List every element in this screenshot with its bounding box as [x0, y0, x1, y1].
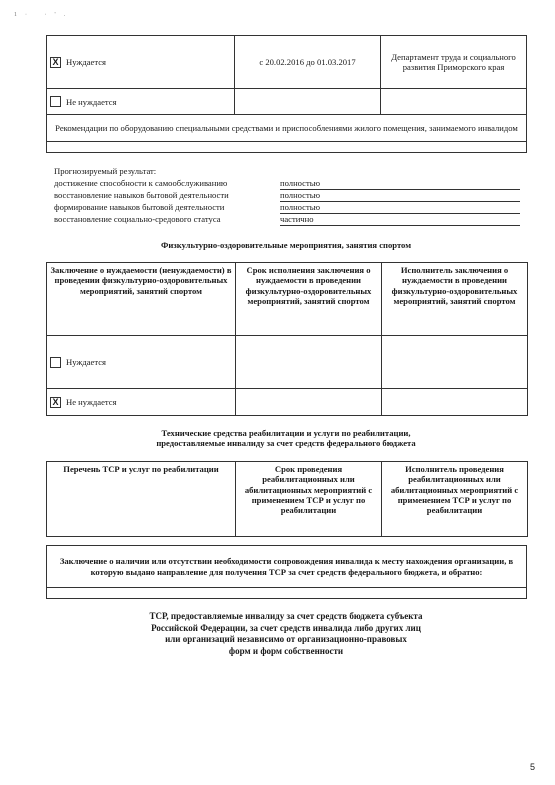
tsr-regional-title-line: форм и форм собственности	[46, 646, 526, 658]
forecast-value: полностью	[280, 190, 520, 202]
period-cell: с 20.02.2016 до 01.03.2017	[235, 36, 381, 89]
tsr-regional-title: ТСР, предоставляемые инвалиду за счет ср…	[46, 611, 526, 658]
need-option-cell: Нуждается	[47, 336, 236, 389]
table-header-row: Заключение о нуждаемости (ненуждаемости)…	[47, 263, 528, 336]
checkbox-needs[interactable]: X	[50, 57, 61, 68]
accompaniment-header: Заключение о наличии или отсутствии необ…	[47, 546, 527, 588]
accompaniment-value	[47, 588, 527, 599]
tsr-regional-title-line: ТСР, предоставляемые инвалиду за счет ср…	[46, 611, 526, 623]
tsr-federal-table: Перечень ТСР и услуг по реабилитации Сро…	[46, 461, 528, 537]
need-option-cell: XНуждается	[47, 36, 235, 89]
executor-cell	[382, 336, 528, 389]
forecast-label: достижение способности к самообслуживани…	[54, 178, 227, 188]
tsr-federal-title: Технические средства реабилитации и услу…	[46, 428, 526, 449]
sport-section-title: Физкультурно-оздоровительные мероприятия…	[46, 240, 526, 250]
forecast-value: полностью	[280, 178, 520, 190]
forecast-label: восстановление навыков бытовой деятельно…	[54, 190, 229, 200]
table-row: Не нуждается	[47, 89, 527, 115]
table-row: XНе нуждается	[47, 389, 528, 416]
housing-adaptation-table: XНуждается с 20.02.2016 до 01.03.2017 Де…	[46, 35, 527, 153]
column-header: Заключение о нуждаемости (ненуждаемости)…	[47, 263, 236, 336]
table-header-row: Перечень ТСР и услуг по реабилитации Сро…	[47, 462, 528, 537]
option-label: Нуждается	[66, 357, 106, 367]
forecast-label: формирование навыков бытовой деятельност…	[54, 202, 224, 212]
period-cell	[235, 89, 381, 115]
executor-cell: Департамент труда и социального развития…	[381, 36, 527, 89]
sport-table: Заключение о нуждаемости (ненуждаемости)…	[46, 262, 528, 416]
executor-cell	[382, 389, 528, 416]
executor-cell	[381, 89, 527, 115]
option-label: Не нуждается	[66, 97, 117, 107]
forecast-block: Прогнозируемый результат: достижение спо…	[54, 166, 524, 226]
forecast-item: формирование навыков бытовой деятельност…	[54, 202, 524, 214]
tsr-federal-title-line: Технические средства реабилитации и услу…	[46, 428, 526, 438]
checkbox-not-needs[interactable]	[50, 96, 61, 107]
table-row: Нуждается	[47, 336, 528, 389]
table-row: Заключение о наличии или отсутствии необ…	[47, 546, 527, 588]
column-header: Исполнитель проведения реабилитационных …	[382, 462, 528, 537]
forecast-title: Прогнозируемый результат:	[54, 166, 524, 178]
period-cell	[236, 389, 382, 416]
forecast-label: восстановление социально-средового стату…	[54, 214, 221, 224]
recommendation-header: Рекомендации по оборудованию специальным…	[47, 115, 527, 142]
column-header: Срок исполнения заключения о нуждаемости…	[236, 263, 382, 336]
forecast-item: достижение способности к самообслуживани…	[54, 178, 524, 190]
accompaniment-table: Заключение о наличии или отсутствии необ…	[46, 545, 527, 599]
option-label: Нуждается	[66, 57, 106, 67]
period-cell	[236, 336, 382, 389]
column-header: Исполнитель заключения о нуждаемости в п…	[382, 263, 528, 336]
tsr-regional-title-line: или организаций независимо от организаци…	[46, 634, 526, 646]
table-row	[47, 142, 527, 153]
tsr-regional-title-line: Российской Федерации, за счет средств ин…	[46, 623, 526, 635]
need-option-cell: XНе нуждается	[47, 389, 236, 416]
forecast-item: восстановление навыков бытовой деятельно…	[54, 190, 524, 202]
table-row: XНуждается с 20.02.2016 до 01.03.2017 Де…	[47, 36, 527, 89]
option-label: Не нуждается	[66, 397, 117, 407]
table-row	[47, 588, 527, 599]
column-header: Срок проведения реабилитационных или аби…	[236, 462, 382, 537]
page-number: 5	[530, 762, 535, 773]
checkbox-needs[interactable]	[50, 357, 61, 368]
table-row: Рекомендации по оборудованию специальным…	[47, 115, 527, 142]
column-header: Перечень ТСР и услуг по реабилитации	[47, 462, 236, 537]
checkbox-not-needs[interactable]: X	[50, 397, 61, 408]
tsr-federal-title-line: предоставляемые инвалиду за счет средств…	[46, 438, 526, 448]
forecast-value: полностью	[280, 202, 520, 214]
forecast-value: частично	[280, 214, 520, 226]
need-option-cell: Не нуждается	[47, 89, 235, 115]
forecast-item: восстановление социально-средового стату…	[54, 214, 524, 226]
recommendation-value	[47, 142, 527, 153]
scan-artifact: 1· ·'.	[14, 12, 73, 19]
